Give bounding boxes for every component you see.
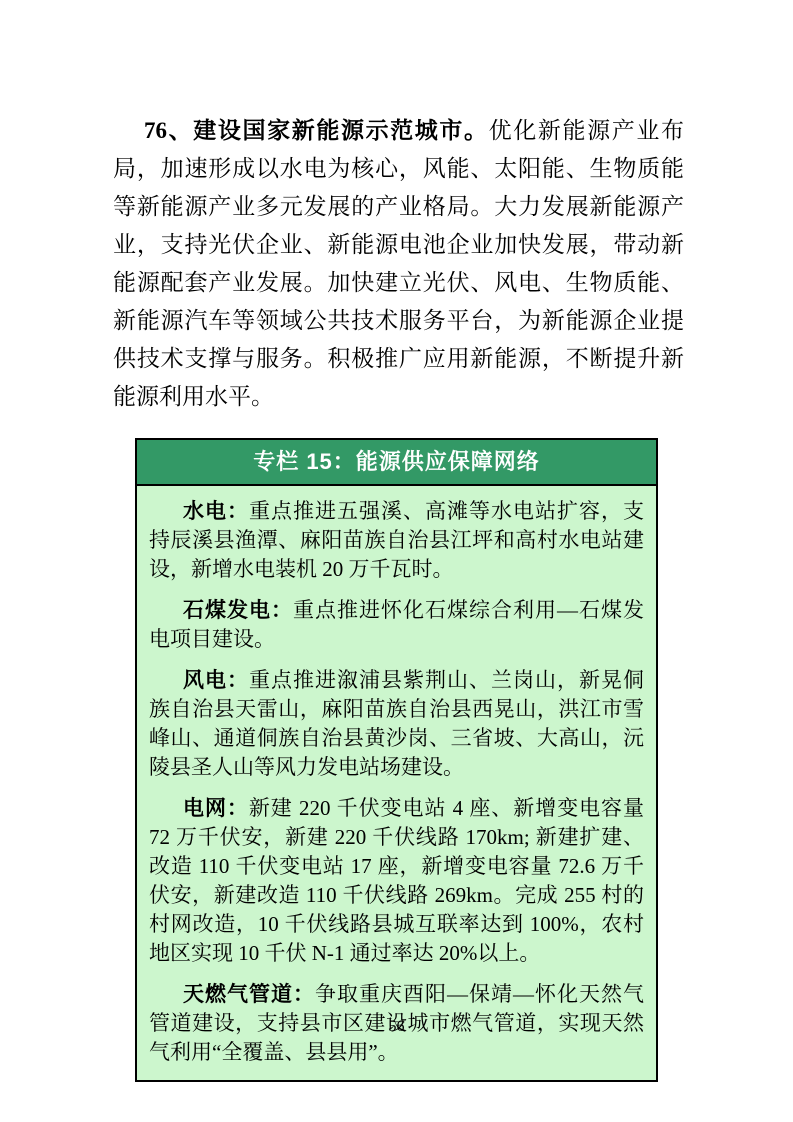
panel-item-wind-power: 风电：重点推进溆浦县紫荆山、兰岗山，新晃侗族自治县天雷山，麻阳苗族自治县西晃山，… [149, 666, 644, 782]
page-content: 76、建设国家新能源示范城市。优化新能源产业布局，加速形成以水电为核心，风能、太… [113, 112, 684, 1082]
paragraph-text: 优化新能源产业布局，加速形成以水电为核心，风能、太阳能、生物质能等新能源产业多元… [113, 118, 684, 409]
paragraph-heading: 76、建设国家新能源示范城市。 [144, 118, 489, 143]
highlight-box-body: 水电：重点推进五强溪、高滩等水电站扩容，支持辰溪县渔潭、麻阳苗族自治县江坪和高村… [137, 486, 656, 1080]
panel-item-hydropower: 水电：重点推进五强溪、高滩等水电站扩容，支持辰溪县渔潭、麻阳苗族自治县江坪和高村… [149, 497, 644, 584]
panel-item-label: 天燃气管道： [183, 983, 315, 1006]
panel-item-power-grid: 电网：新建 220 千伏变电站 4 座、新增变电容量 72 万千伏安，新建 22… [149, 794, 644, 968]
panel-item-label: 石煤发电： [183, 599, 293, 622]
panel-item-label: 水电： [183, 500, 249, 523]
panel-item-text: 新建 220 千伏变电站 4 座、新增变电容量 72 万千伏安，新建 220 千… [149, 796, 644, 965]
document-page: 76、建设国家新能源示范城市。优化新能源产业布局，加速形成以水电为核心，风能、太… [0, 0, 793, 1122]
body-paragraph: 76、建设国家新能源示范城市。优化新能源产业布局，加速形成以水电为核心，风能、太… [113, 112, 684, 416]
highlight-box: 专栏 15：能源供应保障网络 水电：重点推进五强溪、高滩等水电站扩容，支持辰溪县… [135, 438, 658, 1082]
page-number: 56 [0, 1018, 793, 1036]
panel-item-label: 电网： [183, 797, 249, 820]
highlight-box-title: 专栏 15：能源供应保障网络 [137, 440, 656, 486]
panel-item-stone-coal-power: 石煤发电：重点推进怀化石煤综合利用—石煤发电项目建设。 [149, 596, 644, 654]
panel-item-label: 风电： [183, 669, 249, 692]
